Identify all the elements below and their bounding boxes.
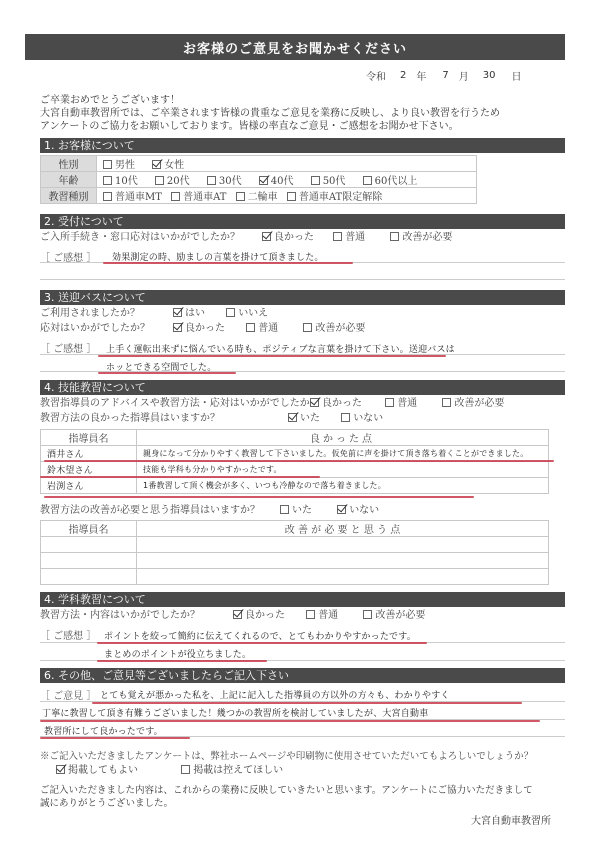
section-2-heading: 2. 受付について (40, 214, 565, 229)
checkbox-icon[interactable] (390, 232, 399, 241)
comment-label: ［ ご感想 ］ (40, 340, 96, 355)
date-year-unit: 年 (416, 68, 426, 83)
checkbox-icon[interactable] (303, 323, 312, 332)
improve-instructor-table: 指導員名 改 善 が 必 要 と 思 う 点 (40, 520, 549, 585)
instructor-name[interactable] (41, 569, 137, 585)
practical-advice-question: 教習指導員のアドバイスや教習方法・応対はいかがでしたか？ 良かった 普通 改善が… (40, 397, 565, 411)
customer-info-table: 性別 男性 女性 年齢 10代 20代 30代 40代 50代 60代以上 教習… (40, 155, 477, 204)
option-50s[interactable]: 50代 (311, 172, 346, 187)
reception-question: ご入所手続き・窓口応対はいかがでしたか？ 良かった 普通 改善が必要 (40, 231, 565, 245)
checkbox-checked-icon[interactable] (173, 323, 182, 332)
option-publish-decline[interactable]: 掲載は控えてほしい (181, 764, 283, 778)
section-6-heading: 6. その他、ご意見等ございましたらご記入下さい (40, 668, 565, 683)
underline-mark (97, 642, 427, 644)
handwritten-comment: 上手く運転出来ずに悩んでいる時も、ポジティブな言葉を掛けて下さい。送迎バスは (106, 342, 455, 355)
intro-line: 大宮自動車教習所では、ご卒業されます皆様の貴重なご意見を業務に反映し、より良い教… (40, 107, 570, 120)
option-mt[interactable]: 普通車MT (103, 188, 162, 203)
checkbox-checked-icon[interactable] (262, 232, 271, 241)
underline-mark (40, 720, 540, 722)
bus-service-question: 応対はいかがでしたか？ 良かった 普通 改善が必要 (40, 322, 565, 336)
section-3-heading: 3. 送迎バスについて (40, 290, 565, 305)
option-no-there-wasnt[interactable]: いない (337, 504, 379, 518)
intro-text: ご卒業おめでとうございます！ 大宮自動車教習所では、ご卒業されます皆様の貴重なご… (40, 94, 570, 133)
improvement-point[interactable] (137, 537, 549, 553)
underline-mark (40, 737, 190, 739)
checkbox-checked-icon[interactable] (56, 765, 65, 774)
table-row (41, 553, 549, 569)
section-1-heading: 1. お客様について (40, 138, 565, 153)
col-good-points: 良かった点 (137, 430, 549, 446)
good-point[interactable]: 1番教習して頂く機会が多く、いつも冷静なので落ち着きました。 (137, 478, 549, 494)
checkbox-checked-icon[interactable] (152, 160, 161, 169)
table-row (41, 569, 549, 585)
checkbox-icon[interactable] (306, 610, 315, 619)
option-male[interactable]: 男性 (103, 156, 135, 171)
checkbox-icon[interactable] (442, 398, 451, 407)
checkbox-icon[interactable] (226, 308, 235, 317)
option-yes-there-was[interactable]: いた (280, 504, 312, 518)
course-type-row: 教習種別 普通車MT 普通車AT 二輪車 普通車AT限定解除 (41, 188, 477, 204)
underline-mark (103, 262, 353, 264)
form-title: お客様のご意見をお聞かせください (25, 34, 565, 60)
underline-mark (98, 355, 446, 357)
improvement-point[interactable] (137, 553, 549, 569)
option-no[interactable]: いいえ (226, 307, 268, 321)
checkbox-icon[interactable] (171, 192, 180, 201)
option-at-limit-removal[interactable]: 普通車AT限定解除 (287, 188, 382, 203)
option-publish-ok[interactable]: 掲載してもよい (56, 764, 138, 778)
option-good[interactable]: 良かった (233, 609, 285, 623)
course-type-label: 教習種別 (41, 188, 97, 204)
gender-row: 性別 男性 女性 (41, 156, 477, 172)
option-yes-there-was[interactable]: いた (288, 412, 320, 426)
section-5-heading: 4. 学科教習について (40, 592, 565, 607)
option-yes[interactable]: はい (173, 307, 205, 321)
handwritten-comment: ポイントを絞って簡約に伝えてくれるので、とてもわかりやすかったです。 (104, 629, 416, 642)
checkbox-icon[interactable] (363, 610, 372, 619)
classroom-question: 教習方法・内容はいかがでしたか？ 良かった 普通 改善が必要 (40, 609, 565, 623)
option-no-there-wasnt[interactable]: いない (341, 412, 383, 426)
checkbox-checked-icon[interactable] (337, 505, 346, 514)
option-10s[interactable]: 10代 (103, 172, 138, 187)
instructor-name[interactable]: 岩渕さん (41, 478, 137, 494)
option-female[interactable]: 女性 (152, 156, 184, 171)
option-normal[interactable]: 普通 (306, 609, 338, 623)
col-improvement-points: 改 善 が 必 要 と 思 う 点 (137, 521, 549, 537)
checkbox-icon[interactable] (385, 398, 394, 407)
intro-line: ご卒業おめでとうございます！ (40, 94, 570, 107)
checkbox-icon[interactable] (103, 160, 112, 169)
checkbox-icon[interactable] (311, 176, 320, 185)
date-era: 令和 (366, 68, 386, 83)
table-row (41, 537, 549, 553)
underline-mark (44, 496, 474, 498)
instructor-name[interactable] (41, 553, 137, 569)
instructor-name[interactable] (41, 537, 137, 553)
option-30s[interactable]: 30代 (207, 172, 242, 187)
comment-label: ［ ご意見 ］ (40, 687, 96, 702)
comment-label: ［ ご感想 ］ (40, 249, 96, 264)
checkbox-icon[interactable] (333, 232, 342, 241)
col-instructor-name: 指導員名 (41, 430, 137, 446)
bus-usage-question: ご利用されましたか？ はい いいえ (40, 307, 565, 321)
option-20s[interactable]: 20代 (155, 172, 190, 187)
option-good[interactable]: 良かった (262, 231, 314, 245)
date-month-unit: 月 (459, 68, 469, 83)
checkbox-checked-icon[interactable] (288, 413, 297, 422)
checkbox-checked-icon[interactable] (233, 610, 242, 619)
col-instructor-name: 指導員名 (41, 521, 137, 537)
school-signature: 大宮自動車教習所 (471, 812, 551, 827)
underline-mark (97, 660, 267, 662)
option-good[interactable]: 良かった (310, 397, 362, 411)
handwritten-comment: まとめのポイントが役立ちました。 (104, 647, 251, 660)
intro-line: アンケートのご協力をお願いしております。皆様の率直なご意見・ご感想をお聞かせ下さ… (40, 120, 570, 133)
checkbox-icon[interactable] (207, 176, 216, 185)
option-needs-improvement[interactable]: 改善が必要 (390, 231, 452, 245)
improvement-point[interactable] (137, 569, 549, 585)
checkbox-icon[interactable] (280, 505, 289, 514)
handwritten-comment: 丁寧に教習して頂き有難うございました！幾つかの教習所を検討していましたが、大宮自… (42, 706, 428, 719)
closing-line: ご記入いただきました内容は、これからの業務に反映していきたいと思います。アンケー… (40, 784, 570, 797)
checkbox-icon[interactable] (103, 192, 112, 201)
checkbox-icon[interactable] (341, 413, 350, 422)
checkbox-icon[interactable] (246, 323, 255, 332)
comment-line[interactable] (40, 263, 565, 280)
comment-label: ［ ご感想 ］ (40, 627, 96, 642)
handwritten-comment: 教習所にして良かったです。 (44, 724, 163, 737)
option-good[interactable]: 良かった (173, 322, 225, 336)
checkbox-checked-icon[interactable] (310, 398, 319, 407)
date-month-value[interactable]: 7 (442, 70, 448, 81)
closing-line: 誠にありがとうございました。 (40, 797, 570, 810)
option-normal[interactable]: 普通 (246, 322, 278, 336)
checkbox-checked-icon[interactable] (259, 176, 268, 185)
option-normal[interactable]: 普通 (333, 231, 365, 245)
date-day-unit: 日 (511, 68, 521, 83)
gender-label: 性別 (41, 156, 97, 172)
checkbox-icon[interactable] (155, 176, 164, 185)
checkbox-icon[interactable] (236, 192, 245, 201)
table-row: 岩渕さん 1番教習して頂く機会が多く、いつも冷静なので落ち着きました。 (41, 478, 549, 494)
underline-mark (40, 476, 320, 478)
option-needs-improvement[interactable]: 改善が必要 (303, 322, 365, 336)
option-needs-improvement[interactable]: 改善が必要 (442, 397, 504, 411)
closing-text: ご記入いただきました内容は、これからの業務に反映していきたいと思います。アンケー… (40, 784, 570, 810)
option-at[interactable]: 普通車AT (171, 188, 226, 203)
improve-instructor-question: 教習方法の改善が必要と思う指導員はいますか？ いた いない (40, 504, 565, 518)
checkbox-icon[interactable] (181, 765, 190, 774)
underline-mark (92, 702, 522, 704)
section-4-heading: 4. 技能教習について (40, 380, 565, 395)
date-day-value[interactable]: 30 (483, 70, 496, 81)
handwritten-comment: とても覚えが悪かった私を、上記に記入した指導員の方以外の方々も、わかりやすく (100, 688, 450, 701)
consent-question: ※ご記入いただきましたアンケートは、弊社ホームページや印刷物に使用させていただい… (40, 750, 585, 764)
option-motorcycle[interactable]: 二輪車 (236, 188, 278, 203)
good-instructor-question: 教習方法の良かった指導員はいますか？ いた いない (40, 412, 565, 426)
checkbox-icon[interactable] (363, 176, 372, 185)
date-year-value[interactable]: 2 (400, 70, 406, 81)
date-field: 令和 2 年 7 月 30 日 (352, 66, 562, 84)
underline-mark (44, 460, 554, 462)
checkbox-checked-icon[interactable] (173, 308, 182, 317)
age-row: 年齢 10代 20代 30代 40代 50代 60代以上 (41, 172, 477, 188)
option-normal[interactable]: 普通 (385, 397, 417, 411)
age-label: 年齢 (41, 172, 97, 188)
checkbox-icon[interactable] (287, 192, 296, 201)
option-40s[interactable]: 40代 (259, 172, 294, 187)
option-60s-plus[interactable]: 60代以上 (363, 172, 418, 187)
option-needs-improvement[interactable]: 改善が必要 (363, 609, 425, 623)
checkbox-icon[interactable] (103, 176, 112, 185)
underline-mark (98, 372, 236, 374)
consent-options: 掲載してもよい 掲載は控えてほしい (56, 764, 297, 778)
